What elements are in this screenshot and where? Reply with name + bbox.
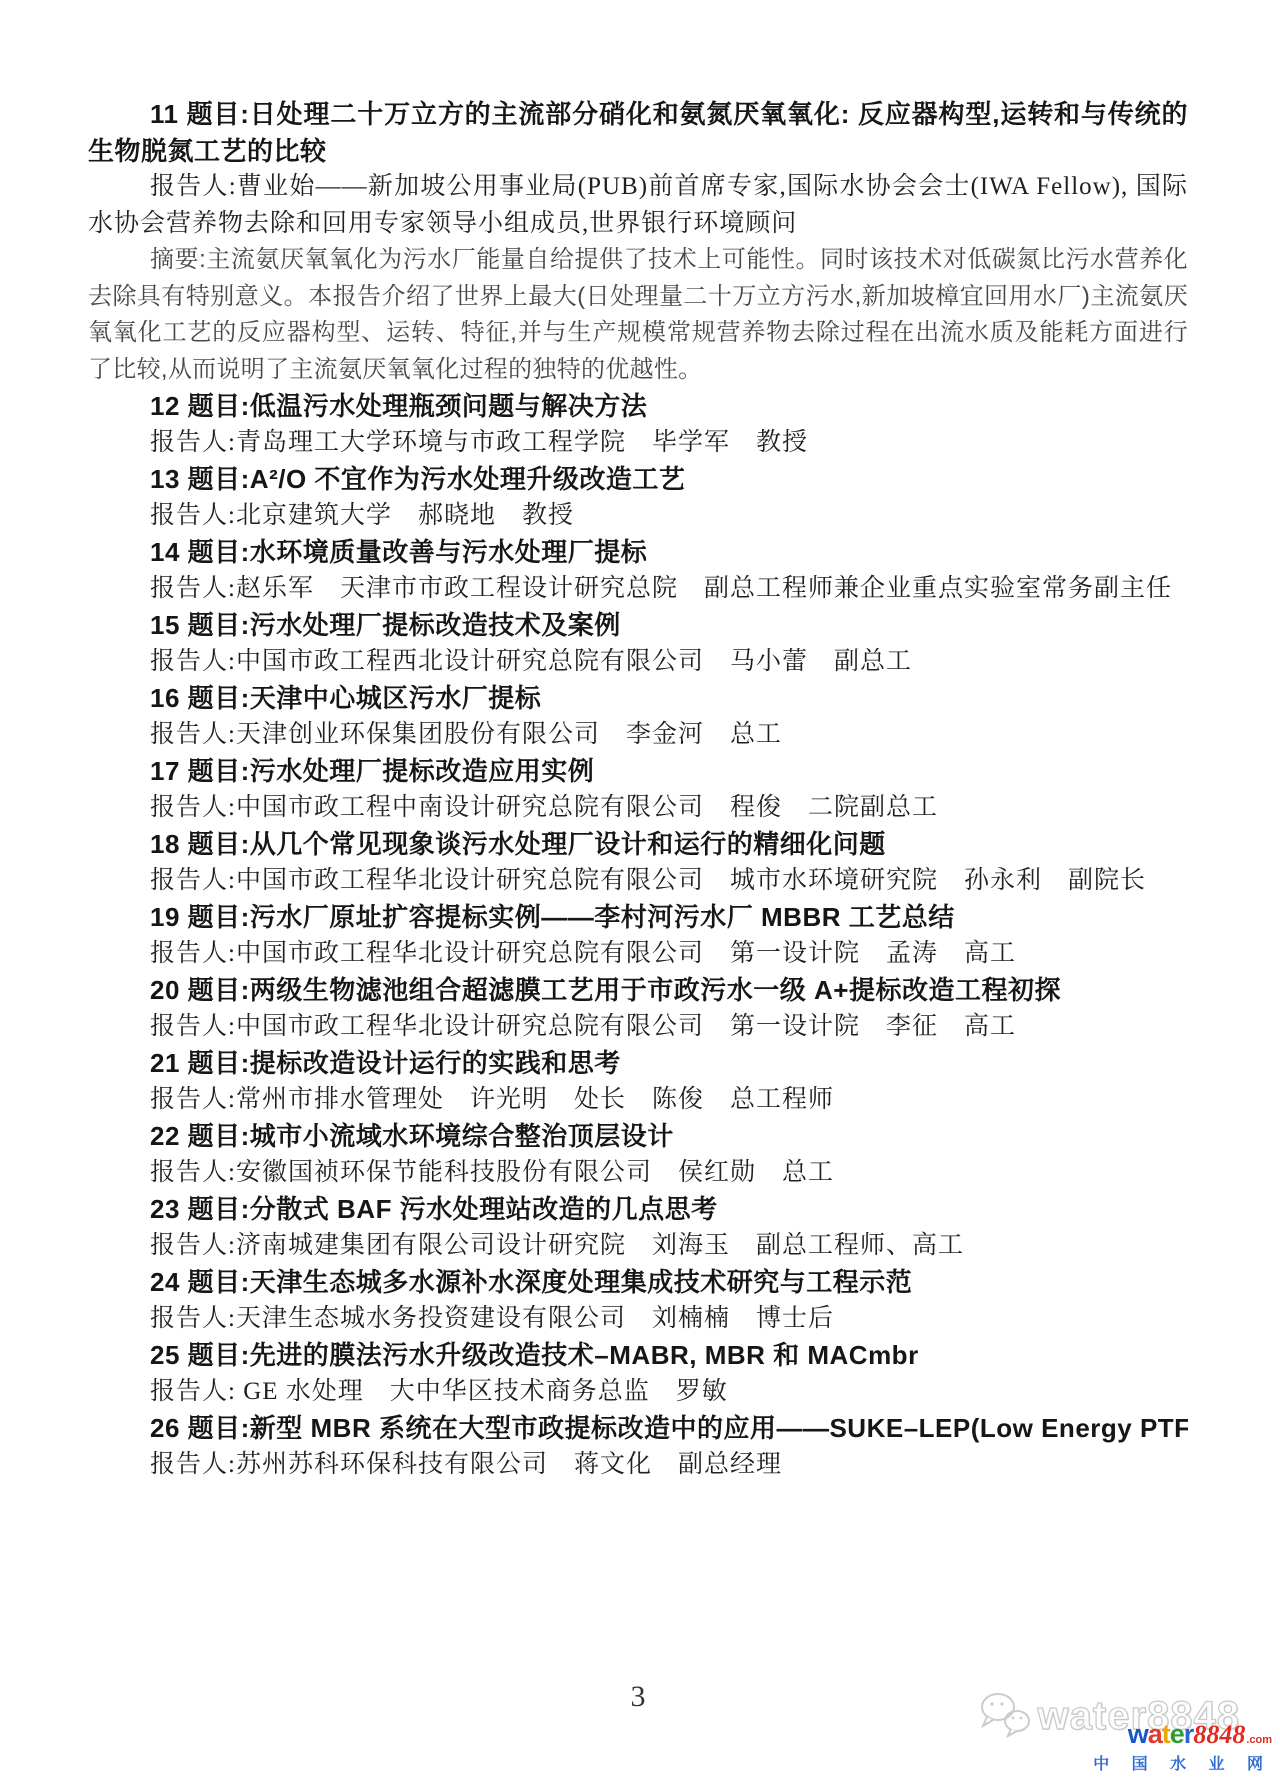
agenda-entry: 25 题目:先进的膜法污水升级改造技术–MABR, MBR 和 MACmbr报告…	[88, 1337, 1188, 1410]
agenda-entry: 16 题目:天津中心城区污水厂提标报告人:天津创业环保集团股份有限公司 李金河 …	[88, 680, 1188, 753]
topic-heading: 14 题目:水环境质量改善与污水处理厂提标	[88, 534, 1188, 571]
document-page: 11 题目:日处理二十万立方的主流部分硝化和氨氮厌氧氧化: 反应器构型,运转和与…	[0, 0, 1280, 1782]
speaker-line: 报告人:安徽国祯环保节能科技股份有限公司 侯红勋 总工	[88, 1155, 1188, 1192]
agenda-list: 11 题目:日处理二十万立方的主流部分硝化和氨氮厌氧氧化: 反应器构型,运转和与…	[88, 96, 1188, 1483]
wechat-chat-bubbles-icon	[978, 1690, 1034, 1743]
agenda-entry: 17 题目:污水处理厂提标改造应用实例报告人:中国市政工程中南设计研究总院有限公…	[88, 753, 1188, 826]
topic-heading: 24 题目:天津生态城多水源补水深度处理集成技术研究与工程示范	[88, 1264, 1188, 1301]
speaker-line: 报告人:中国市政工程华北设计研究总院有限公司 第一设计院 李征 高工	[88, 1009, 1188, 1046]
site-logo: water8848.com 中 国 水 业 网	[1093, 1719, 1272, 1774]
speaker-line: 报告人:中国市政工程华北设计研究总院有限公司 第一设计院 孟涛 高工	[88, 936, 1188, 973]
site-name-chinese: 中 国 水 业 网	[1093, 1751, 1272, 1774]
logo-tld: .com	[1246, 1734, 1272, 1746]
site-logo-wordmark: water8848.com	[1093, 1719, 1272, 1750]
logo-letter: w	[1128, 1719, 1148, 1749]
topic-heading: 21 题目:提标改造设计运行的实践和思考	[88, 1045, 1188, 1082]
agenda-entry: 13 题目:A²/O 不宜作为污水处理升级改造工艺报告人:北京建筑大学 郝晓地 …	[88, 461, 1188, 534]
speaker-line: 报告人:天津生态城水务投资建设有限公司 刘楠楠 博士后	[88, 1301, 1188, 1338]
agenda-entry: 18 题目:从几个常见现象谈污水处理厂设计和运行的精细化问题报告人:中国市政工程…	[88, 826, 1188, 899]
topic-heading: 12 题目:低温污水处理瓶颈问题与解决方法	[88, 388, 1188, 425]
speaker-line: 报告人:天津创业环保集团股份有限公司 李金河 总工	[88, 717, 1188, 754]
agenda-entry: 19 题目:污水厂原址扩容提标实例——李村河污水厂 MBBR 工艺总结报告人:中…	[88, 899, 1188, 972]
speaker-line: 报告人:曹业始——新加坡公用事业局(PUB)前首席专家,国际水协会会士(IWA …	[88, 169, 1188, 242]
topic-heading: 20 题目:两级生物滤池组合超滤膜工艺用于市政污水一级 A+提标改造工程初探	[88, 972, 1188, 1009]
agenda-entry: 11 题目:日处理二十万立方的主流部分硝化和氨氮厌氧氧化: 反应器构型,运转和与…	[88, 96, 1188, 388]
agenda-entry: 14 题目:水环境质量改善与污水处理厂提标报告人:赵乐军 天津市市政工程设计研究…	[88, 534, 1188, 607]
logo-letter: a	[1148, 1719, 1162, 1749]
agenda-entry: 21 题目:提标改造设计运行的实践和思考报告人:常州市排水管理处 许光明 处长 …	[88, 1045, 1188, 1118]
speaker-line: 报告人:济南城建集团有限公司设计研究院 刘海玉 副总工程师、高工	[88, 1228, 1188, 1265]
speaker-line: 报告人:常州市排水管理处 许光明 处长 陈俊 总工程师	[88, 1082, 1188, 1119]
agenda-entry: 20 题目:两级生物滤池组合超滤膜工艺用于市政污水一级 A+提标改造工程初探报告…	[88, 972, 1188, 1045]
topic-heading: 16 题目:天津中心城区污水厂提标	[88, 680, 1188, 717]
topic-heading: 23 题目:分散式 BAF 污水处理站改造的几点思考	[88, 1191, 1188, 1228]
topic-heading: 19 题目:污水厂原址扩容提标实例——李村河污水厂 MBBR 工艺总结	[88, 899, 1188, 936]
speaker-line: 报告人:北京建筑大学 郝晓地 教授	[88, 498, 1188, 535]
agenda-entry: 23 题目:分散式 BAF 污水处理站改造的几点思考报告人:济南城建集团有限公司…	[88, 1191, 1188, 1264]
topic-heading: 15 题目:污水处理厂提标改造技术及案例	[88, 607, 1188, 644]
topic-heading: 18 题目:从几个常见现象谈污水处理厂设计和运行的精细化问题	[88, 826, 1188, 863]
topic-heading: 17 题目:污水处理厂提标改造应用实例	[88, 753, 1188, 790]
topic-heading: 25 题目:先进的膜法污水升级改造技术–MABR, MBR 和 MACmbr	[88, 1337, 1188, 1374]
topic-heading: 13 题目:A²/O 不宜作为污水处理升级改造工艺	[88, 461, 1188, 498]
abstract-paragraph: 摘要:主流氨厌氧氧化为污水厂能量自给提供了技术上可能性。同时该技术对低碳氮比污水…	[88, 242, 1188, 388]
agenda-entry: 22 题目:城市小流域水环境综合整治顶层设计报告人:安徽国祯环保节能科技股份有限…	[88, 1118, 1188, 1191]
topic-heading: 26 题目:新型 MBR 系统在大型市政提标改造中的应用——SUKE–LEP(L…	[88, 1410, 1188, 1447]
speaker-line: 报告人:苏州苏科环保科技有限公司 蒋文化 副总经理	[88, 1447, 1188, 1484]
speaker-line: 报告人:中国市政工程华北设计研究总院有限公司 城市水环境研究院 孙永利 副院长	[88, 863, 1188, 900]
logo-letter: e	[1170, 1719, 1184, 1749]
topic-heading: 11 题目:日处理二十万立方的主流部分硝化和氨氮厌氧氧化: 反应器构型,运转和与…	[88, 96, 1188, 169]
agenda-entry: 24 题目:天津生态城多水源补水深度处理集成技术研究与工程示范报告人:天津生态城…	[88, 1264, 1188, 1337]
speaker-line: 报告人:赵乐军 天津市市政工程设计研究总院 副总工程师兼企业重点实验室常务副主任	[88, 571, 1188, 608]
speaker-line: 报告人: GE 水处理 大中华区技术商务总监 罗敏	[88, 1374, 1188, 1411]
agenda-entry: 15 题目:污水处理厂提标改造技术及案例报告人:中国市政工程西北设计研究总院有限…	[88, 607, 1188, 680]
speaker-line: 报告人:中国市政工程西北设计研究总院有限公司 马小蕾 副总工	[88, 644, 1188, 681]
speaker-line: 报告人:青岛理工大学环境与市政工程学院 毕学军 教授	[88, 425, 1188, 462]
watermark-block: water8848 water8848.com 中 国 水 业 网	[842, 1688, 1272, 1774]
logo-word-colored-letters: water	[1128, 1719, 1194, 1750]
logo-letter: r	[1184, 1719, 1194, 1749]
agenda-entry: 26 题目:新型 MBR 系统在大型市政提标改造中的应用——SUKE–LEP(L…	[88, 1410, 1188, 1483]
logo-numbers: 8848	[1193, 1720, 1245, 1750]
speaker-line: 报告人:中国市政工程中南设计研究总院有限公司 程俊 二院副总工	[88, 790, 1188, 827]
topic-heading: 22 题目:城市小流域水环境综合整治顶层设计	[88, 1118, 1188, 1155]
agenda-entry: 12 题目:低温污水处理瓶颈问题与解决方法报告人:青岛理工大学环境与市政工程学院…	[88, 388, 1188, 461]
logo-letter: t	[1162, 1719, 1170, 1749]
